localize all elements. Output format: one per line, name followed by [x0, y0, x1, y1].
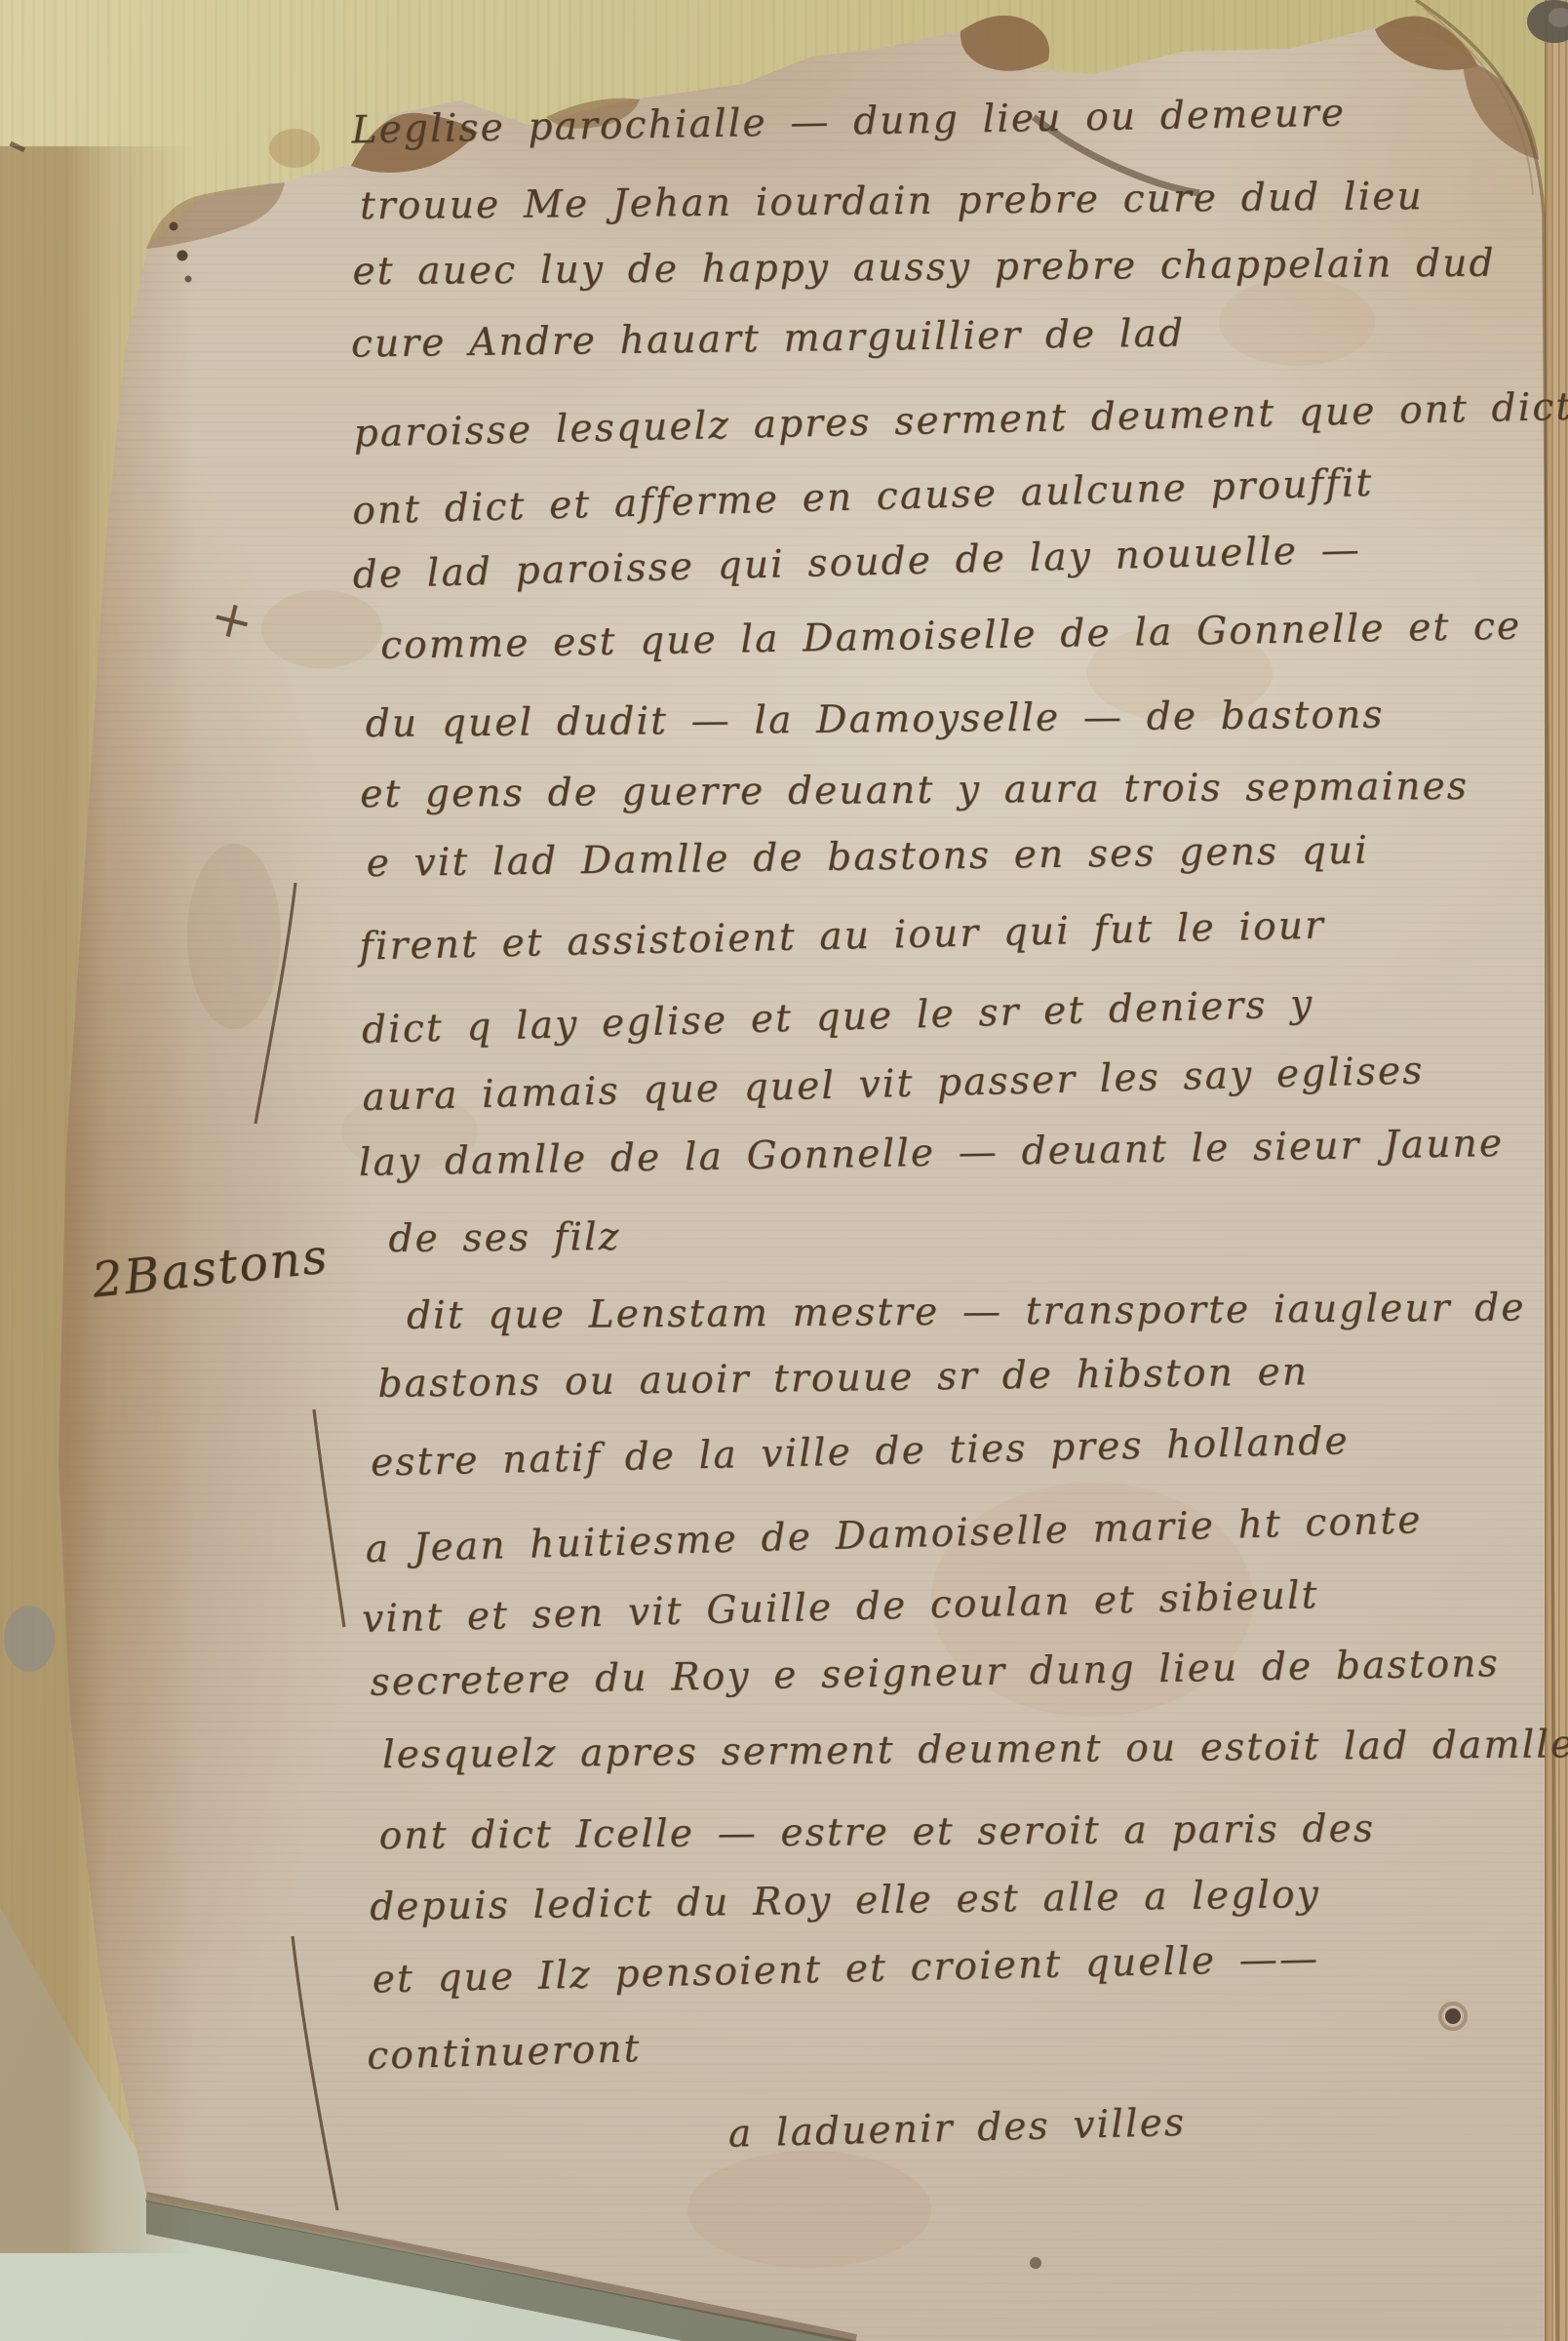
manuscript-line: e vit lad Damlle de bastons en ses gens …: [367, 832, 1370, 883]
manuscript-line: estre natif de la ville de ties pres hol…: [371, 1422, 1350, 1482]
manuscript-line: dict q lay eglise et que le sr et denier…: [362, 985, 1314, 1050]
manuscript-line: et auec luy de happy aussy prebre chappe…: [352, 245, 1495, 292]
manuscript-line: continueront: [367, 2030, 642, 2076]
manuscript-line: a laduenir des villes: [727, 2104, 1186, 2154]
manuscript-line: secretere du Roy e seigneur dung lieu de…: [370, 1645, 1500, 1702]
manuscript-line: de lad paroisse qui soude de lay nouuell…: [352, 531, 1361, 594]
manuscript-line: et que Ilz pensoient et croient quelle —…: [372, 1940, 1319, 2000]
manuscript-line: dit que Lenstam mestre — transporte iaug…: [407, 1289, 1526, 1334]
manuscript-line: vint et sen vit Guille de coulan et sibi…: [362, 1576, 1319, 1639]
manuscript-photo: Leglise parochialle — dung lieu ou demeu…: [0, 0, 1568, 2341]
manuscript-line: cure Andre hauart marguillier de lad: [351, 315, 1186, 364]
manuscript-line: comme est que la Damoiselle de la Gonnel…: [380, 608, 1522, 665]
manuscript-line: trouue Me Jehan iourdain prebre cure dud…: [360, 178, 1424, 225]
manuscript-line: Leglise parochialle — dung lieu ou demeu…: [351, 95, 1346, 150]
manuscript-line: du quel dudit — la Damoyselle — de basto…: [366, 696, 1385, 743]
manuscript-line: de ses filz: [388, 1218, 620, 1258]
manuscript-line: a Jean huitiesme de Damoiselle marie ht …: [365, 1501, 1423, 1568]
manuscript-line: lesquelz apres serment deument ou estoit…: [382, 1726, 1568, 1774]
manuscript-line: bastons ou auoir trouue sr de hibston en: [377, 1353, 1309, 1404]
manuscript-line: ont dict Icelle — estre et seroit a pari…: [379, 1810, 1376, 1855]
manuscript-line: paroisse lesquelz apres serment deument …: [353, 388, 1568, 454]
manuscript-text: Leglise parochialle — dung lieu ou demeu…: [0, 0, 1568, 2341]
manuscript-line: et gens de guerre deuant y aura trois se…: [360, 768, 1469, 813]
manuscript-line: depuis ledict du Roy elle est alle a leg…: [370, 1876, 1320, 1926]
manuscript-line: ont dict et afferme en cause aulcune pro…: [352, 464, 1374, 531]
manuscript-line: aura iamais que quel vit passer les say …: [362, 1051, 1425, 1117]
manuscript-line: lay damlle de la Gonnelle — deuant le si…: [359, 1125, 1505, 1182]
manuscript-line: firent et assistoient au iour qui fut le…: [359, 907, 1325, 967]
